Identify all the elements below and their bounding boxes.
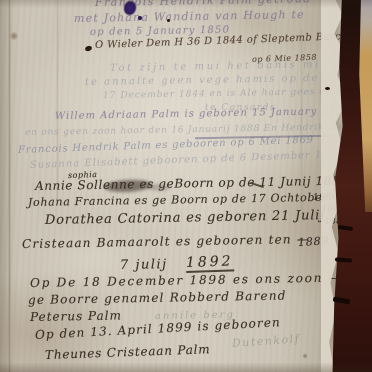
photo-vignette [0,0,372,372]
book-page-photo: Francois Hendrik Palm getroudmet Johana … [0,0,372,372]
